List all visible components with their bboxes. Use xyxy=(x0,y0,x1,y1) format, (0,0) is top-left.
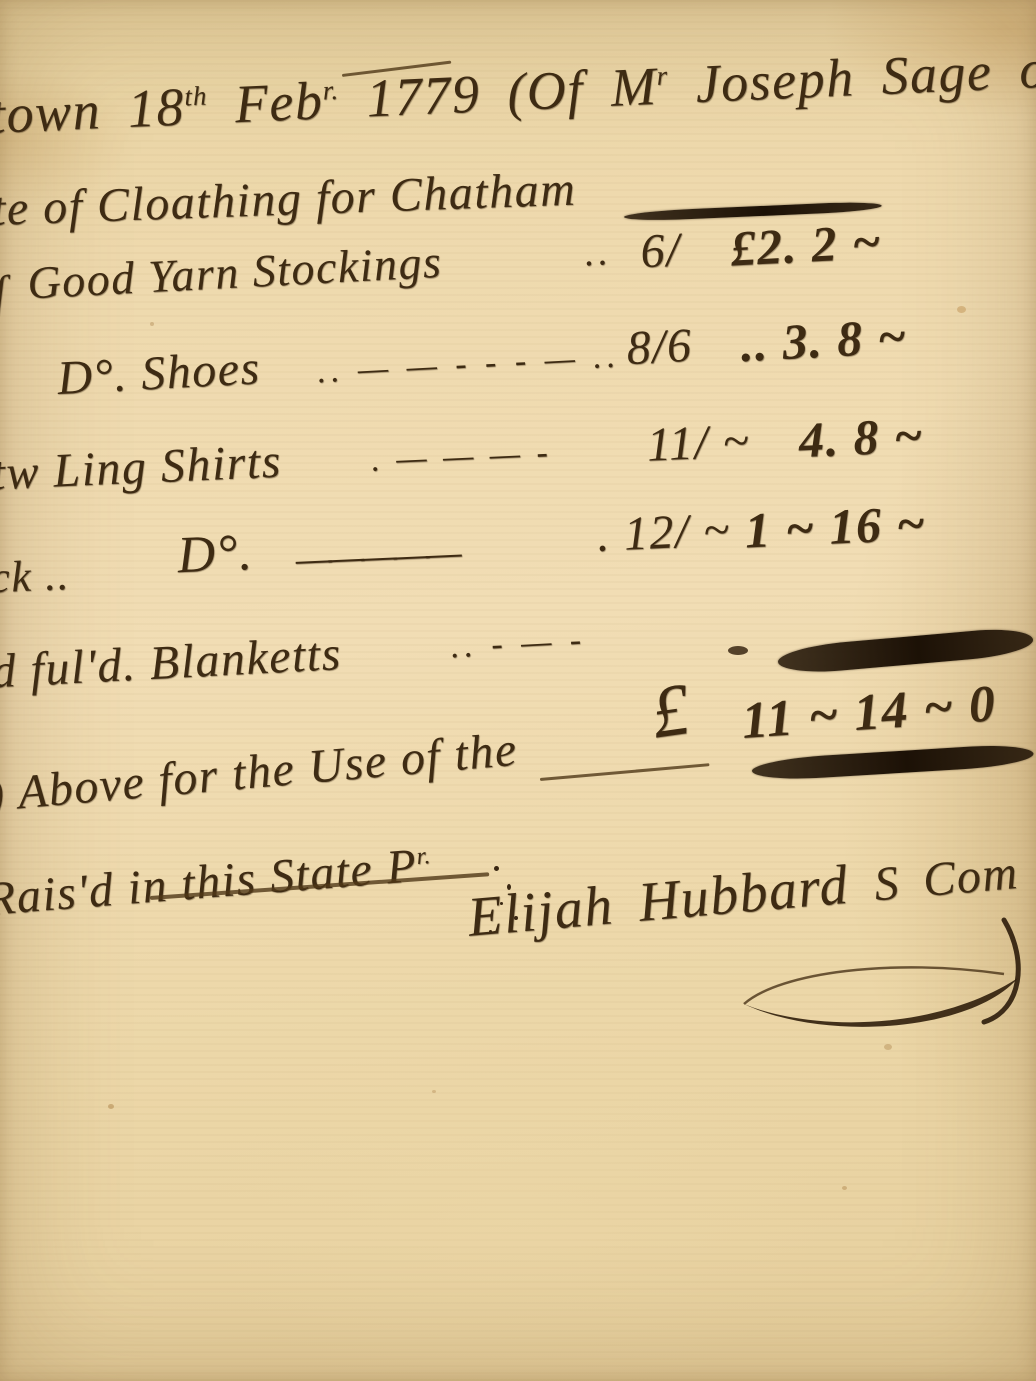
item-leader-dots: .. - — - xyxy=(450,621,587,666)
item-amount: .. 3. 8 ~ xyxy=(739,306,909,373)
closing-line-2-suffix: r. xyxy=(416,843,433,870)
item-amount: 4. 8 ~ xyxy=(798,406,925,469)
item-rate: 6/ xyxy=(639,222,682,279)
item-rate: 8/6 xyxy=(625,318,694,376)
paper-freckle xyxy=(884,1044,892,1050)
date-month-suffix: r. xyxy=(322,75,340,106)
item-description: D°. Shoes xyxy=(56,340,262,406)
item-leader-dots: .. xyxy=(583,230,612,275)
item-leader-dots: . — — — - xyxy=(371,434,553,480)
item-description: tw Ling Shirts xyxy=(0,434,283,502)
paper-freckle xyxy=(150,322,154,326)
item-description: Good Yarn Stockings xyxy=(26,235,443,310)
item-rate: . 12/ ~ xyxy=(596,502,732,563)
date-month: Feb xyxy=(207,70,325,135)
signature-name: Elijah Hubbard xyxy=(465,854,851,949)
date-line: town 18th Febr. 1779 (Of Mr Joseph Sage … xyxy=(0,35,1036,145)
date-place-fragment: town 18 xyxy=(0,77,186,145)
item-description: d ful'd. Blanketts xyxy=(0,626,343,699)
subject-line: te of Cloathing for Chatham xyxy=(0,162,577,237)
payer-name: Joseph Sage one xyxy=(667,36,1036,115)
paper-freckle xyxy=(108,1104,114,1109)
item-description: D°. xyxy=(176,523,254,585)
paper-freckle xyxy=(842,1186,847,1190)
total-amount: 11 ~ 14 ~ 0 xyxy=(740,674,998,751)
item-rate: 11/ ~ xyxy=(646,413,752,472)
paper-freckle xyxy=(432,1090,436,1093)
item-qty-fragment: ſ xyxy=(0,266,9,318)
ink-smudge xyxy=(728,646,748,655)
ink-rule-heavy-bottom xyxy=(751,743,1034,782)
paper-freckle xyxy=(957,306,966,313)
item-qty-fragment: ck .. xyxy=(0,549,71,603)
item-leader-dash: ————— xyxy=(295,528,460,582)
date-year-of: 1779 (Of M xyxy=(338,56,658,130)
signature: Elijah Hubbard S Com xyxy=(465,838,1021,950)
ink-spatter xyxy=(494,866,499,871)
item-leader-dots: .. — — - - - — .. xyxy=(316,338,621,392)
signature-flourish xyxy=(736,938,1036,1058)
signature-title: S Com xyxy=(872,846,1021,911)
item-amount: £2. 2 ~ xyxy=(729,212,883,278)
flourish-crossbar xyxy=(540,763,710,781)
date-day-suffix: th xyxy=(184,81,208,112)
closing-line-1: ) Above for the Use of the xyxy=(0,722,520,823)
item-amount: 1 ~ 16 ~ xyxy=(744,494,928,560)
manuscript-page: town 18th Febr. 1779 (Of Mr Joseph Sage … xyxy=(0,0,1036,1381)
